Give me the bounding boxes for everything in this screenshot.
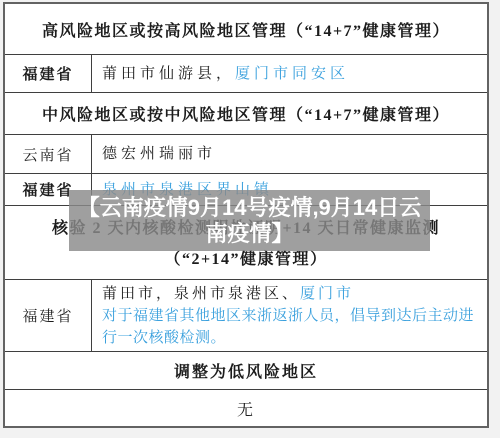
province-label-fujian-3: 福建省 [5,280,92,351]
table-row-none: 无 [5,390,487,426]
area-text-dehong-ruili: 德宏州瑞丽市 [102,143,481,165]
area-text-putian-xianyou: 莆田市仙游县， [102,66,235,82]
medium-risk-areas-cell-yunnan: 德宏州瑞丽市 [92,135,487,173]
page: 高风险地区或按高风险地区管理（“14+7”健康管理） 福建省 莆田市仙游县，厦门… [0,0,500,438]
area-text-putian-quangang: 莆田市，泉州市泉港区、 [102,286,300,302]
fujian-advice-note: 对于福建省其他地区来浙返浙人员，倡导到达后主动进行一次核酸检测。 [102,305,481,349]
table-row-medium-risk-yunnan: 云南省 德宏州瑞丽市 [5,135,487,174]
medium-risk-header: 中风险地区或按中风险地区管理（“14+7”健康管理） [5,93,487,134]
high-risk-header: 高风险地区或按高风险地区管理（“14+7”健康管理） [5,4,487,54]
watermark-text: 【云南疫情9月14号疫情,9月14日云南疫情】 [77,195,422,247]
table-row-high-risk-fujian: 福建省 莆田市仙游县，厦门市同安区 [5,55,487,93]
adjusted-low-risk-header: 调整为低风险地区 [5,352,487,389]
province-label-fujian: 福建省 [5,55,92,92]
watermark-banner: 【云南疫情9月14号疫情,9月14日云南疫情】 [69,190,430,251]
high-risk-areas-cell: 莆田市仙游县，厦门市同安区 [92,55,487,92]
table-row-high-risk-header: 高风险地区或按高风险地区管理（“14+7”健康管理） [5,4,487,55]
table-row-2plus14-fujian: 福建省 莆田市，泉州市泉港区、厦门市 对于福建省其他地区来浙返浙人员，倡导到达后… [5,280,487,352]
high-risk-areas-line: 莆田市仙游县，厦门市同安区 [102,63,481,85]
table-row-adjusted-low-risk-header: 调整为低风险地区 [5,352,487,390]
none-value: 无 [5,390,487,426]
monitoring-areas-line: 莆田市，泉州市泉港区、厦门市 [102,283,481,305]
province-label-yunnan: 云南省 [5,135,92,173]
area-link-xiamen[interactable]: 厦门市 [300,286,354,302]
monitoring-areas-cell: 莆田市，泉州市泉港区、厦门市 对于福建省其他地区来浙返浙人员，倡导到达后主动进行… [92,280,487,351]
area-link-xiamen-tongan[interactable]: 厦门市同安区 [235,66,349,82]
table-row-medium-risk-header: 中风险地区或按中风险地区管理（“14+7”健康管理） [5,93,487,135]
